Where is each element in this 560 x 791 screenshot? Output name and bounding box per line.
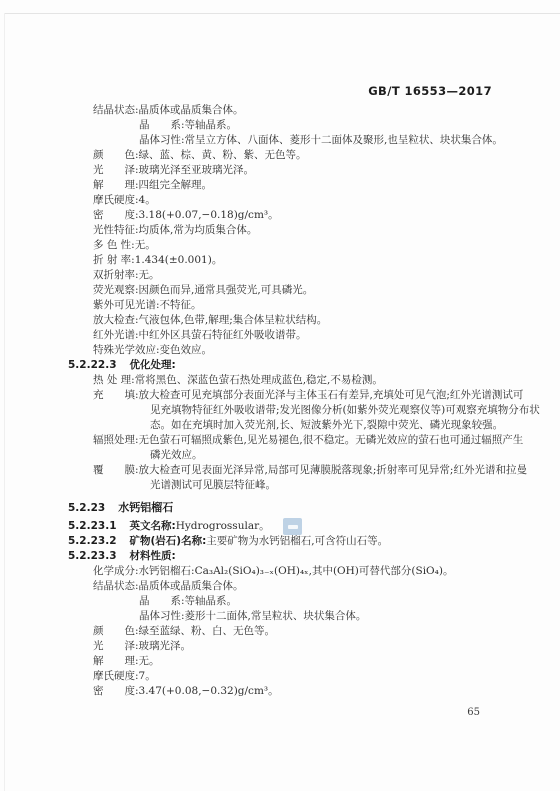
clause-title: 材料性质: xyxy=(130,550,176,562)
text-line: 双折射率:无。 xyxy=(93,268,560,283)
text-line: 晶体习性:菱形十二面体,常呈粒状、块状集合体。 xyxy=(139,609,560,624)
text-line: 5.2.22.3优化处理: xyxy=(68,358,560,373)
clause-number: 5.2.23.2 xyxy=(68,535,117,547)
text-line: 磷光效应。 xyxy=(150,448,560,463)
text-line: 晶 系:等轴晶系。 xyxy=(139,594,560,609)
clause-number: 5.2.22.3 xyxy=(68,359,117,371)
clause-number: 5.2.23.3 xyxy=(68,550,117,562)
text-line: 特殊光学效应:变色效应。 xyxy=(93,343,560,358)
scan-edge-top xyxy=(4,13,560,14)
text-line: 光 泽:玻璃光泽。 xyxy=(93,639,560,654)
text-line: 热 处 理:常将黑色、深蓝色萤石热处理成蓝色,稳定,不易检测。 xyxy=(93,373,560,388)
text-line: 折 射 率:1.434(±0.001)。 xyxy=(93,253,560,268)
clause-number: 5.2.23.1 xyxy=(68,520,117,532)
clause-heading: 5.2.23水钙铝榴石 xyxy=(68,500,560,515)
text-line: 5.2.23.1英文名称:Hydrogrossular。 xyxy=(68,519,560,534)
text-line: 解 理:无。 xyxy=(93,654,560,669)
text-line: 充 填:放大检查可见充填部分表面光泽与主体玉石有差异,充填处可见气泡;红外光谱测… xyxy=(93,388,560,403)
text-line: 光谱测试可见膜层特征峰。 xyxy=(150,478,560,493)
text-line: 结晶状态:晶质体或晶质集合体。 xyxy=(93,579,560,594)
text-line: 密 度:3.18(+0.07,−0.18)g/cm³。 xyxy=(93,208,560,223)
watermark-stamp xyxy=(283,518,302,535)
clause-title: 矿物(岩石)名称: xyxy=(130,535,207,547)
text-line: 晶 系:等轴晶系。 xyxy=(139,118,560,133)
text-line: 辐照处理:无色萤石可辐照成紫色,见光易褪色,很不稳定。无磷光效应的萤石也可通过辐… xyxy=(93,433,560,448)
text-line: 晶体习性:常呈立方体、八面体、菱形十二面体及聚形,也呈粒状、块状集合体。 xyxy=(139,133,560,148)
text-line: 结晶状态:晶质体或晶质集合体。 xyxy=(93,103,560,118)
clause-title: 英文名称: xyxy=(130,520,176,532)
clause-title: 水钙铝榴石 xyxy=(118,501,173,514)
text-line: 紫外可见光谱:不特征。 xyxy=(93,298,560,313)
document-body: 结晶状态:晶质体或晶质集合体。晶 系:等轴晶系。晶体习性:常呈立方体、八面体、菱… xyxy=(0,103,560,699)
text-line: 摩氏硬度:4。 xyxy=(93,193,560,208)
text-line: 见充填物特征红外吸收谱带;发光图像分析(如紫外荧光观察仪等)可观察充填物分布状 xyxy=(150,403,560,418)
text-line: 红外光谱:中红外区具萤石特征红外吸收谱带。 xyxy=(93,328,560,343)
text-line: 5.2.23.3材料性质: xyxy=(68,549,560,564)
text-line: 密 度:3.47(+0.08,−0.32)g/cm³。 xyxy=(93,684,560,699)
text-line: 荧光观察:因颜色而异,通常具强荧光,可具磷光。 xyxy=(93,283,560,298)
clause-number: 5.2.23 xyxy=(68,502,105,514)
text-line: 颜 色:绿至蓝绿、粉、白、无色等。 xyxy=(93,624,560,639)
text-line: 解 理:四组完全解理。 xyxy=(93,178,560,193)
text-line: 多 色 性:无。 xyxy=(93,238,560,253)
text-line: 放大检查:气液包体,色带,解理;集合体呈粒状结构。 xyxy=(93,313,560,328)
clause-text: Hydrogrossular。 xyxy=(176,520,270,532)
text-line: 光性特征:均质体,常为均质集合体。 xyxy=(93,223,560,238)
scanned-document-page: GB/T 16553—2017 结晶状态:晶质体或晶质集合体。晶 系:等轴晶系。… xyxy=(0,0,560,791)
text-line: 摩氏硬度:7。 xyxy=(93,669,560,684)
text-line: 5.2.23.2矿物(岩石)名称:主要矿物为水钙铝榴石,可含符山石等。 xyxy=(68,534,560,549)
standard-number-header: GB/T 16553—2017 xyxy=(368,84,492,98)
page-number: 65 xyxy=(467,707,480,718)
text-line: 态。如在充填时加入荧光剂,长、短波紫外光下,裂隙中荧光、磷光现象较强。 xyxy=(150,418,560,433)
watermark-glyph xyxy=(288,525,298,529)
text-line: 覆 膜:放大检查可见表面光泽异常,局部可见薄膜脱落现象;折射率可见异常;红外光谱… xyxy=(93,463,560,478)
clause-text: 主要矿物为水钙铝榴石,可含符山石等。 xyxy=(206,535,388,547)
text-line: 化学成分:水钙铝榴石:Ca₃Al₂(SiO₄)₃₋ₓ(OH)₄ₓ,其中(OH)可… xyxy=(93,564,560,579)
clause-title: 优化处理: xyxy=(130,359,176,371)
text-line: 光 泽:玻璃光泽至亚玻璃光泽。 xyxy=(93,163,560,178)
text-line: 颜 色:绿、蓝、棕、黄、粉、紫、无色等。 xyxy=(93,148,560,163)
